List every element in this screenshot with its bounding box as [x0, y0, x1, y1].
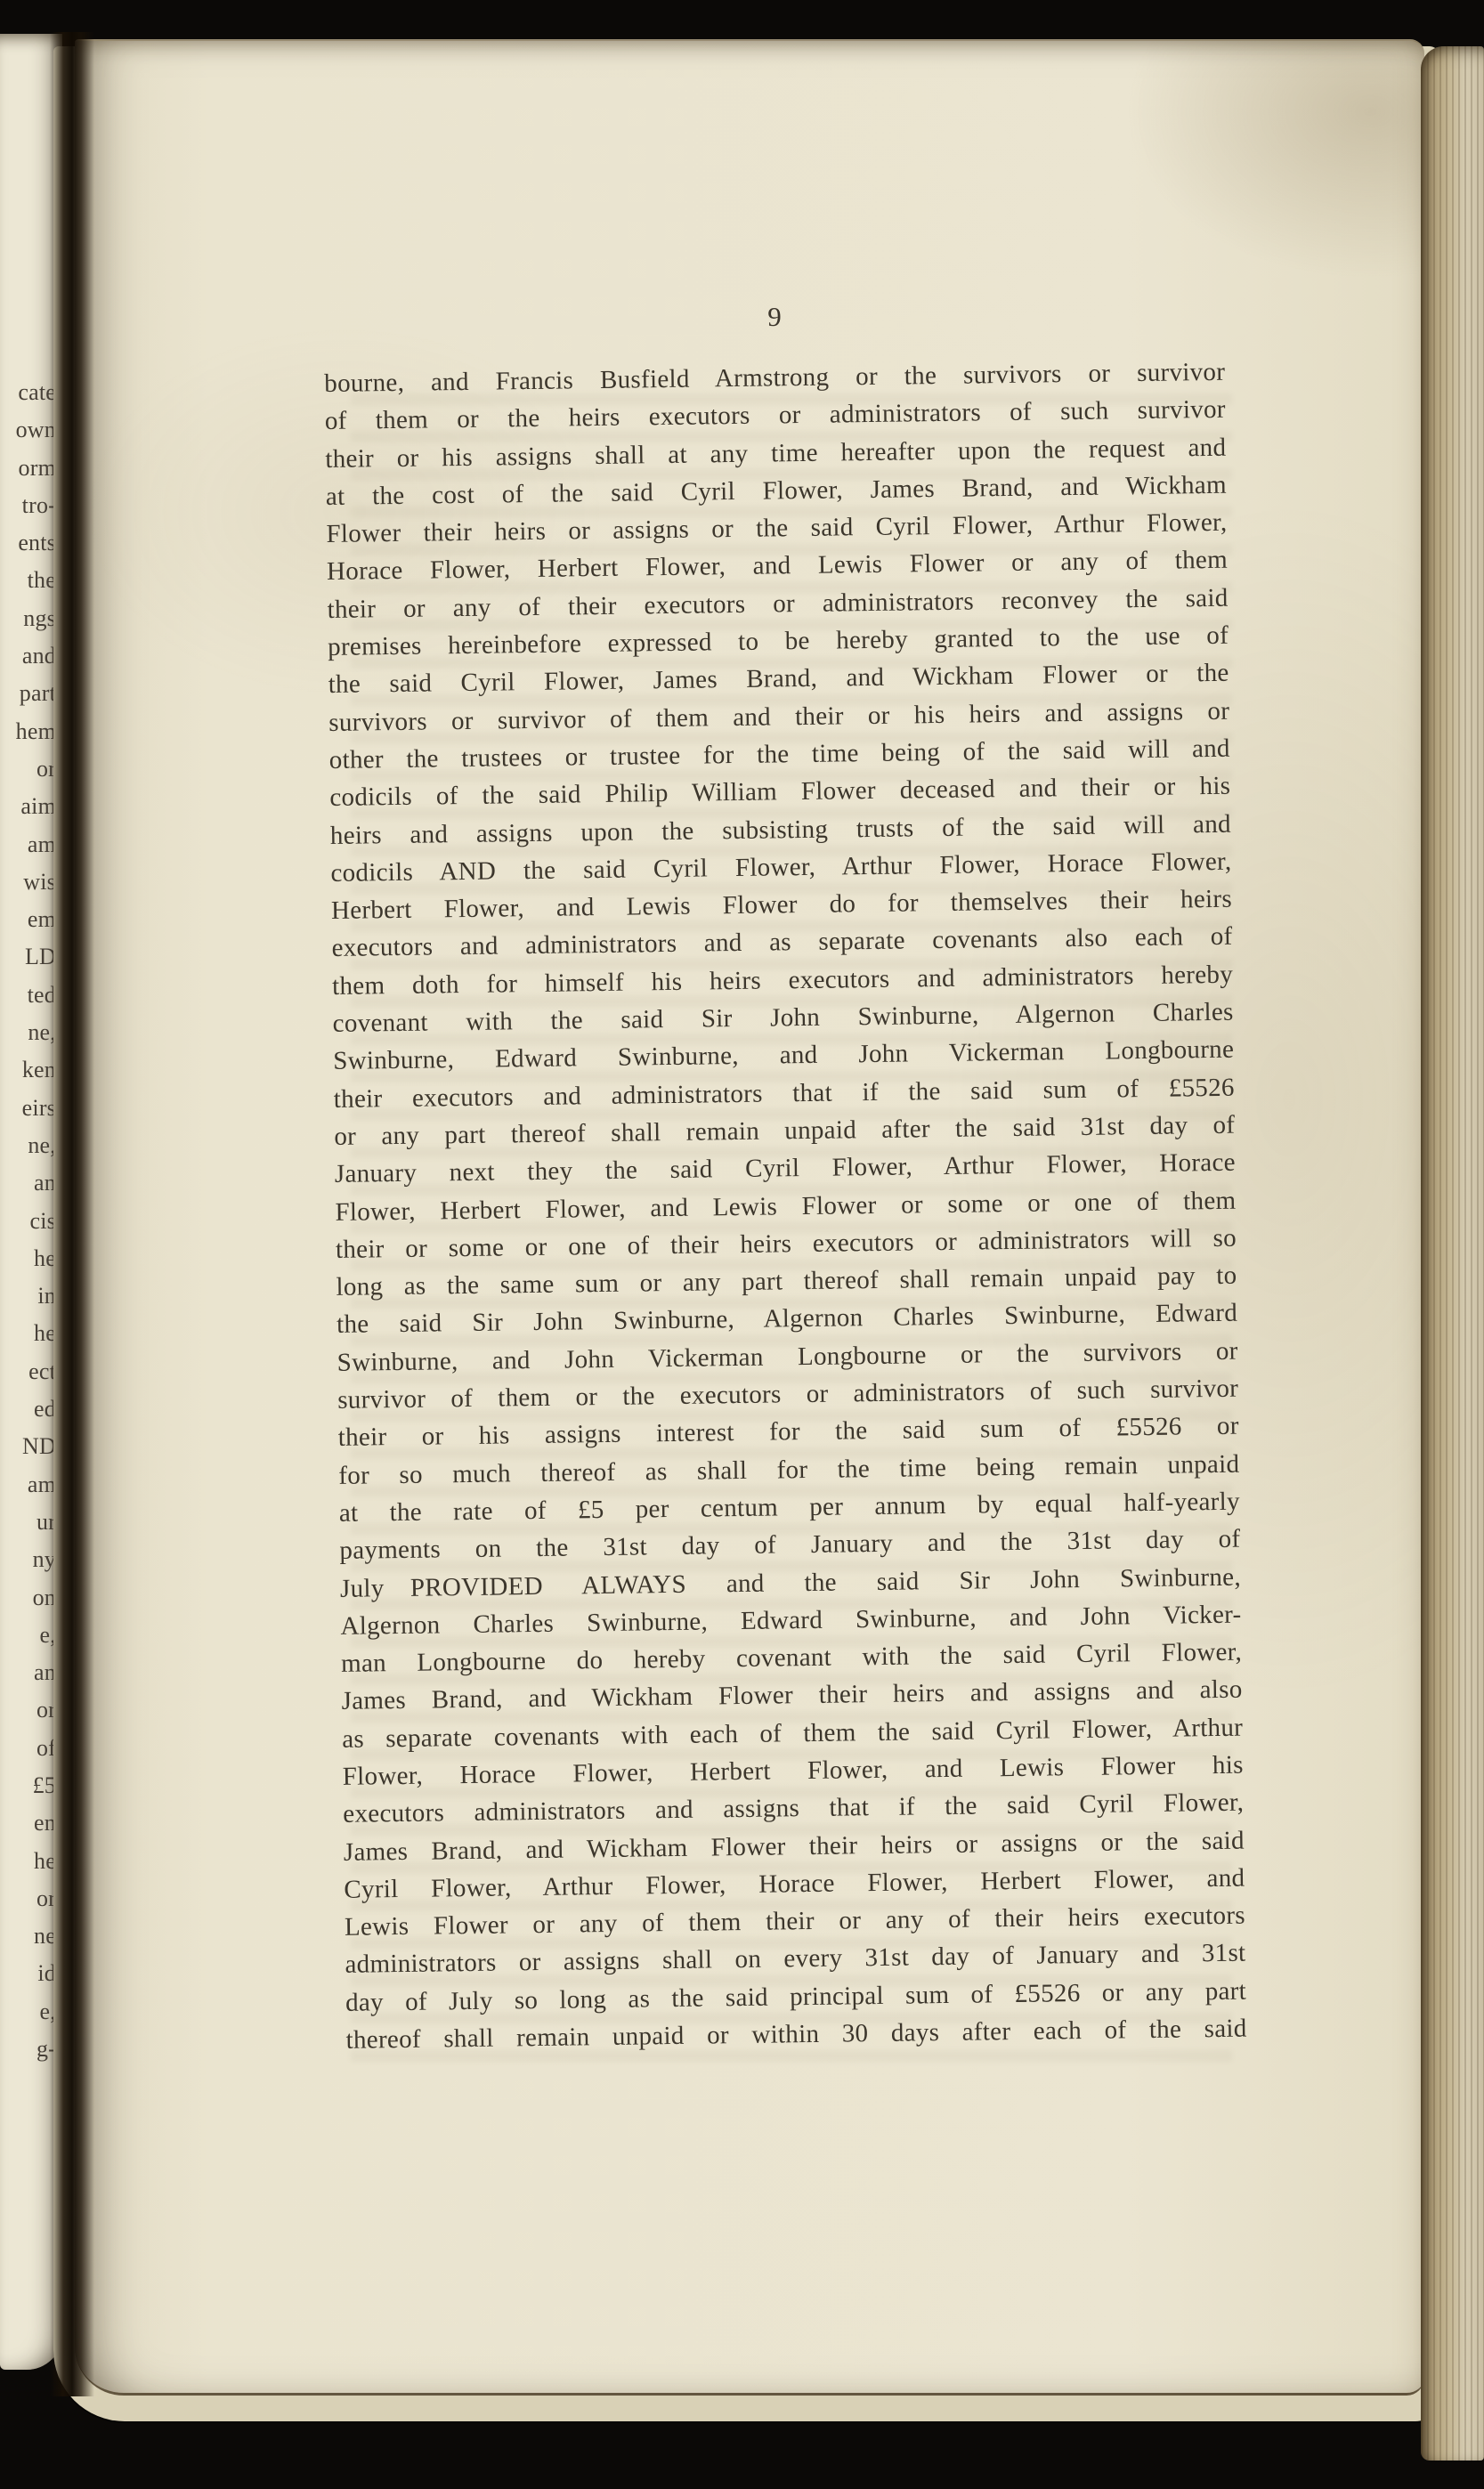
facing-page-fragment: e, [0, 1993, 56, 2031]
facing-page-fragment: he [0, 1843, 56, 1880]
facing-page-fragment: tro- [0, 487, 56, 524]
facing-page-fragment: he [0, 1315, 56, 1352]
facing-page-fragment: cis [0, 1203, 56, 1240]
facing-page-fragment: an [0, 1164, 56, 1202]
facing-page-fragment: aim [0, 788, 56, 825]
facing-page-fragment: ND [0, 1428, 56, 1465]
facing-page-fragment: id [0, 1955, 56, 1992]
facing-page-fragment: he [0, 1240, 56, 1277]
facing-page-fragment: in [0, 1277, 56, 1315]
facing-page-fragment: ne, [0, 1014, 56, 1051]
facing-page-fragment: on [0, 1579, 56, 1617]
facing-page-fragment: ne, [0, 1127, 56, 1164]
facing-page-fragment: en [0, 1804, 56, 1842]
facing-page-fragment: ed [0, 1390, 56, 1428]
facing-page-fragment: ne [0, 1917, 56, 1955]
facing-page-fragment: ect [0, 1353, 56, 1390]
deed-body-text: bourne, and Francis Busfield Armstrong o… [324, 353, 1247, 2059]
facing-page-line-fragments: cateownormtro-entsthengsandparthemoraima… [0, 374, 56, 2068]
facing-page-fragment: wis [0, 863, 56, 901]
facing-page-fragment: of [0, 1730, 56, 1767]
facing-page-fragment: ted [0, 977, 56, 1014]
spine-gutter-shadow [50, 32, 94, 2396]
facing-page-fragment: e, [0, 1617, 56, 1654]
facing-page-fragment: am [0, 826, 56, 863]
facing-page-fragment: ur [0, 1504, 56, 1541]
facing-page-fragment: £5 [0, 1767, 56, 1804]
facing-page-fragment: eirs [0, 1090, 56, 1127]
facing-page-fragment: ken [0, 1051, 56, 1089]
facing-page-fragment: or [0, 750, 56, 788]
facing-page-fragment: ngs [0, 600, 56, 637]
facing-page-fragment: orm [0, 450, 56, 487]
facing-page-fragment: and [0, 637, 56, 675]
book-photo-scene: cateownormtro-entsthengsandparthemoraima… [0, 0, 1484, 2489]
facing-page-fragment: an [0, 1654, 56, 1691]
facing-page-fragment: part [0, 675, 56, 712]
facing-page-fragment: ents [0, 524, 56, 562]
page-number: 9 [324, 301, 1225, 333]
scanned-page: 9 bourne, and Francis Busfield Armstrong… [75, 39, 1424, 2396]
facing-page-fragment: cate [0, 374, 56, 411]
facing-page-fragment: g- [0, 2031, 56, 2068]
facing-page-fragment: am [0, 1466, 56, 1504]
facing-page-fragment: ny [0, 1541, 56, 1578]
facing-page-fragment: LD [0, 938, 56, 976]
fore-edge-page-stack [1421, 46, 1484, 2461]
facing-page-fragment: em [0, 901, 56, 938]
facing-page-fragment: hem [0, 713, 56, 750]
facing-page-fragment: or [0, 1691, 56, 1729]
facing-page-fragment: the [0, 562, 56, 599]
facing-page-fragment: own [0, 411, 56, 449]
facing-page-fragment: or [0, 1880, 56, 1917]
